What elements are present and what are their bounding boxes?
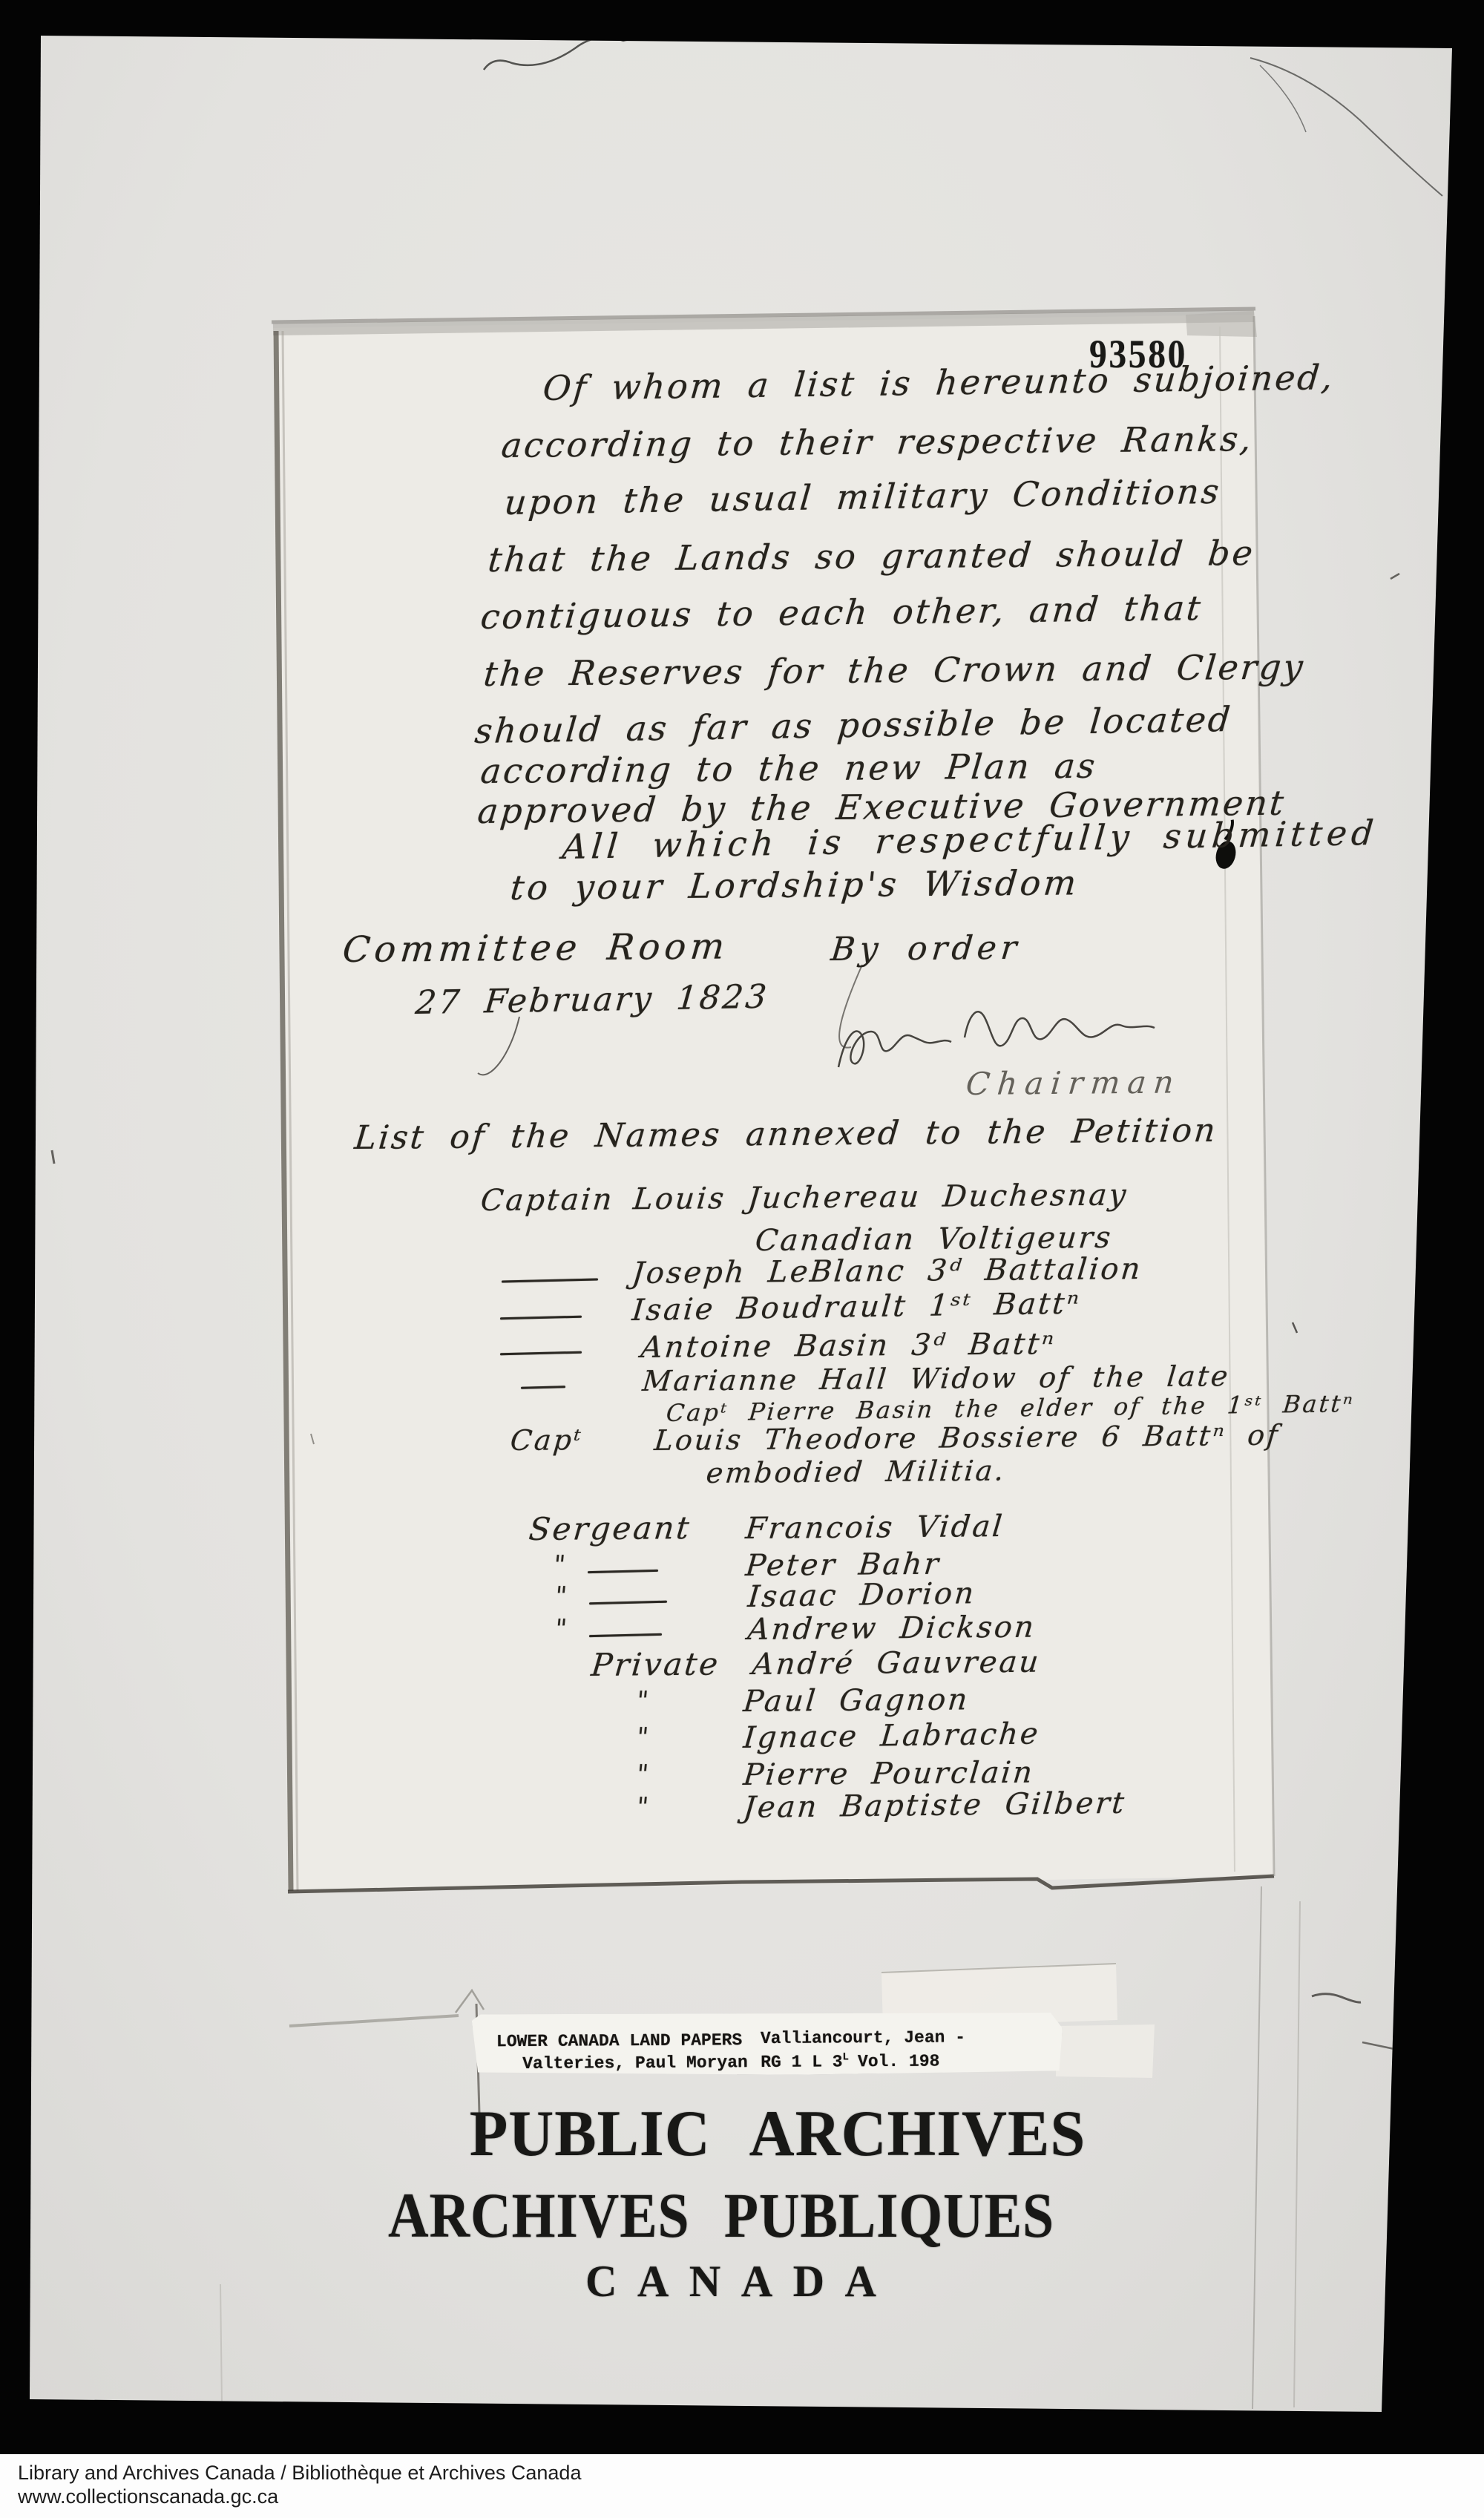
officer-unit: Canadian Voltigeurs [754,1223,1114,1256]
manuscript-line: according to their respective Ranks, [500,422,1255,462]
soldier-name: Andrew Dickson [746,1613,1037,1645]
page-corner-shadow [1186,311,1257,337]
rg-volume-text: Vol. 198 [858,2052,940,2072]
ditto-mark: " [635,1688,651,1714]
ditto-dash [502,1278,598,1282]
stamp-line-archives-publiques: ARCHIVES PUBLIQUES [306,2183,1136,2247]
footer-url: www.collectionscanada.gc.ca [18,2487,278,2507]
paper-edge-streak [289,2016,459,2026]
officer-row: Louis Theodore Bossiere 6 Battⁿ of [653,1421,1281,1455]
tick-mark [52,1150,54,1164]
microfilm-photo-area: 93580 Of whom a list is hereunto subjoin… [0,0,1484,2454]
chairman-signature-squiggle [838,965,1155,1067]
officer-row: Marianne Hall Widow of the late [641,1362,1231,1395]
rg-number-superscript: L [842,2051,849,2063]
ditto-dash [589,1601,667,1605]
officer-row: Antoine Basin 3ᵈ Battⁿ [640,1329,1057,1363]
footer-institution-line: Library and Archives Canada / Bibliothèq… [18,2463,581,2483]
reference-label: LOWER CANADA LAND PAPERS Valliancourt, J… [472,2011,1063,2077]
page-right-edge [1254,316,1274,1876]
soldier-name: Pierre Pourclain [742,1758,1036,1790]
reference-label-range-start: Valliancourt, Jean - [761,2029,965,2047]
crease-line [220,2284,222,2404]
officer-name: Louis Juchereau Duchesnay [631,1178,1129,1216]
manuscript-line: upon the usual military Conditions [503,474,1223,519]
ditto-dash [589,1633,662,1637]
scratch-mark [1312,1994,1361,2002]
stamp-line-canada: CANADA [269,2259,1193,2304]
manuscript-line: Of whom a list is hereunto subjoined, [542,360,1336,405]
reference-label-series: LOWER CANADA LAND PAPERS [496,2032,742,2050]
paper-fragment-edge [881,1964,1116,1973]
ditto-mark: " [635,1794,651,1820]
manuscript-line: contiguous to each other, and that [479,591,1204,634]
officer-row: CaptainLouis Juchereau Duchesnay [479,1180,1129,1216]
by-order-line: By order [830,932,1022,966]
soldier-name: Peter Bahr [744,1550,942,1581]
manuscript-closing-line: to your Lordship's Wisdom [509,865,1081,905]
ditto-mark: " [635,1725,651,1750]
soldier-name: Paul Gagnon [742,1685,971,1717]
page-bottom-edge [288,1876,1274,1892]
chairman-title: Chairman [965,1066,1183,1100]
soldier-name: Jean Baptiste Gilbert [742,1788,1127,1823]
ditto-mark: " [554,1584,570,1609]
rank-label: Capᵗ [509,1426,584,1455]
manuscript-line: that the Lands so granted should be [487,536,1256,577]
rank-label: Captain [479,1182,616,1218]
scratch-mark [1362,2042,1398,2050]
soldier-name: André Gauvreau [751,1647,1042,1679]
tick-mark [1391,574,1399,579]
pen-scribble-mark [484,36,644,70]
officer-row-continuation: embodied Militia. [705,1456,1007,1487]
rank-label: Private [590,1648,721,1681]
officer-row: Joseph LeBlanc 3ᵈ Battalion [631,1254,1143,1288]
tick-mark [311,1434,314,1444]
manuscript-line: according to the new Plan as [479,749,1099,788]
rank-label: Sergeant [528,1512,692,1545]
ditto-dash [521,1386,565,1388]
ditto-dash [500,1351,582,1356]
ditto-mark: " [635,1762,651,1787]
label-corner-mark [456,1990,484,2013]
list-heading: List of the Names annexed to the Petitio… [353,1115,1219,1155]
footer-bar: Library and Archives Canada / Bibliothèq… [0,2454,1484,2518]
stamp-line-public-archives: PUBLIC ARCHIVES [325,2102,1229,2167]
scratch-mark [1250,58,1442,196]
scratch-mark [1260,65,1306,132]
ditto-dash [588,1570,658,1573]
date-line: 27 February 1823 [414,981,770,1020]
page-left-spine [276,331,291,1891]
page-top-edge [272,309,1255,322]
ditto-mark: " [554,1616,570,1642]
crease-line [1294,1901,1300,2407]
officer-row: Isaie Boudrault 1ˢᵗ Battⁿ [631,1288,1082,1325]
soldier-name: Ignace Labrache [742,1719,1041,1753]
reference-label-rg-number: RG 1 L 3LVol. 198 [761,2052,939,2071]
ditto-dash [500,1316,582,1320]
ditto-mark: " [552,1553,568,1578]
committee-room-line: Committee Room [341,928,731,968]
soldier-name: Francois Vidal [744,1512,1005,1544]
soldier-name: Isaac Dorion [746,1578,977,1612]
paper-fragment [1056,2024,1155,2078]
manuscript-line: the Reserves for the Crown and Clergy [482,649,1307,691]
date-flourish [478,1017,519,1075]
manuscript-line: should as far as possible be located [473,702,1234,748]
reference-label-range-end: Valteries, Paul Moryan [522,2054,748,2073]
crease-line [1252,1886,1261,2409]
page-left-spine-inner [283,331,298,1891]
rg-number-text: RG 1 L 3 [761,2052,843,2072]
page-top-shadow [273,316,1254,329]
tick-mark [1293,1322,1297,1333]
